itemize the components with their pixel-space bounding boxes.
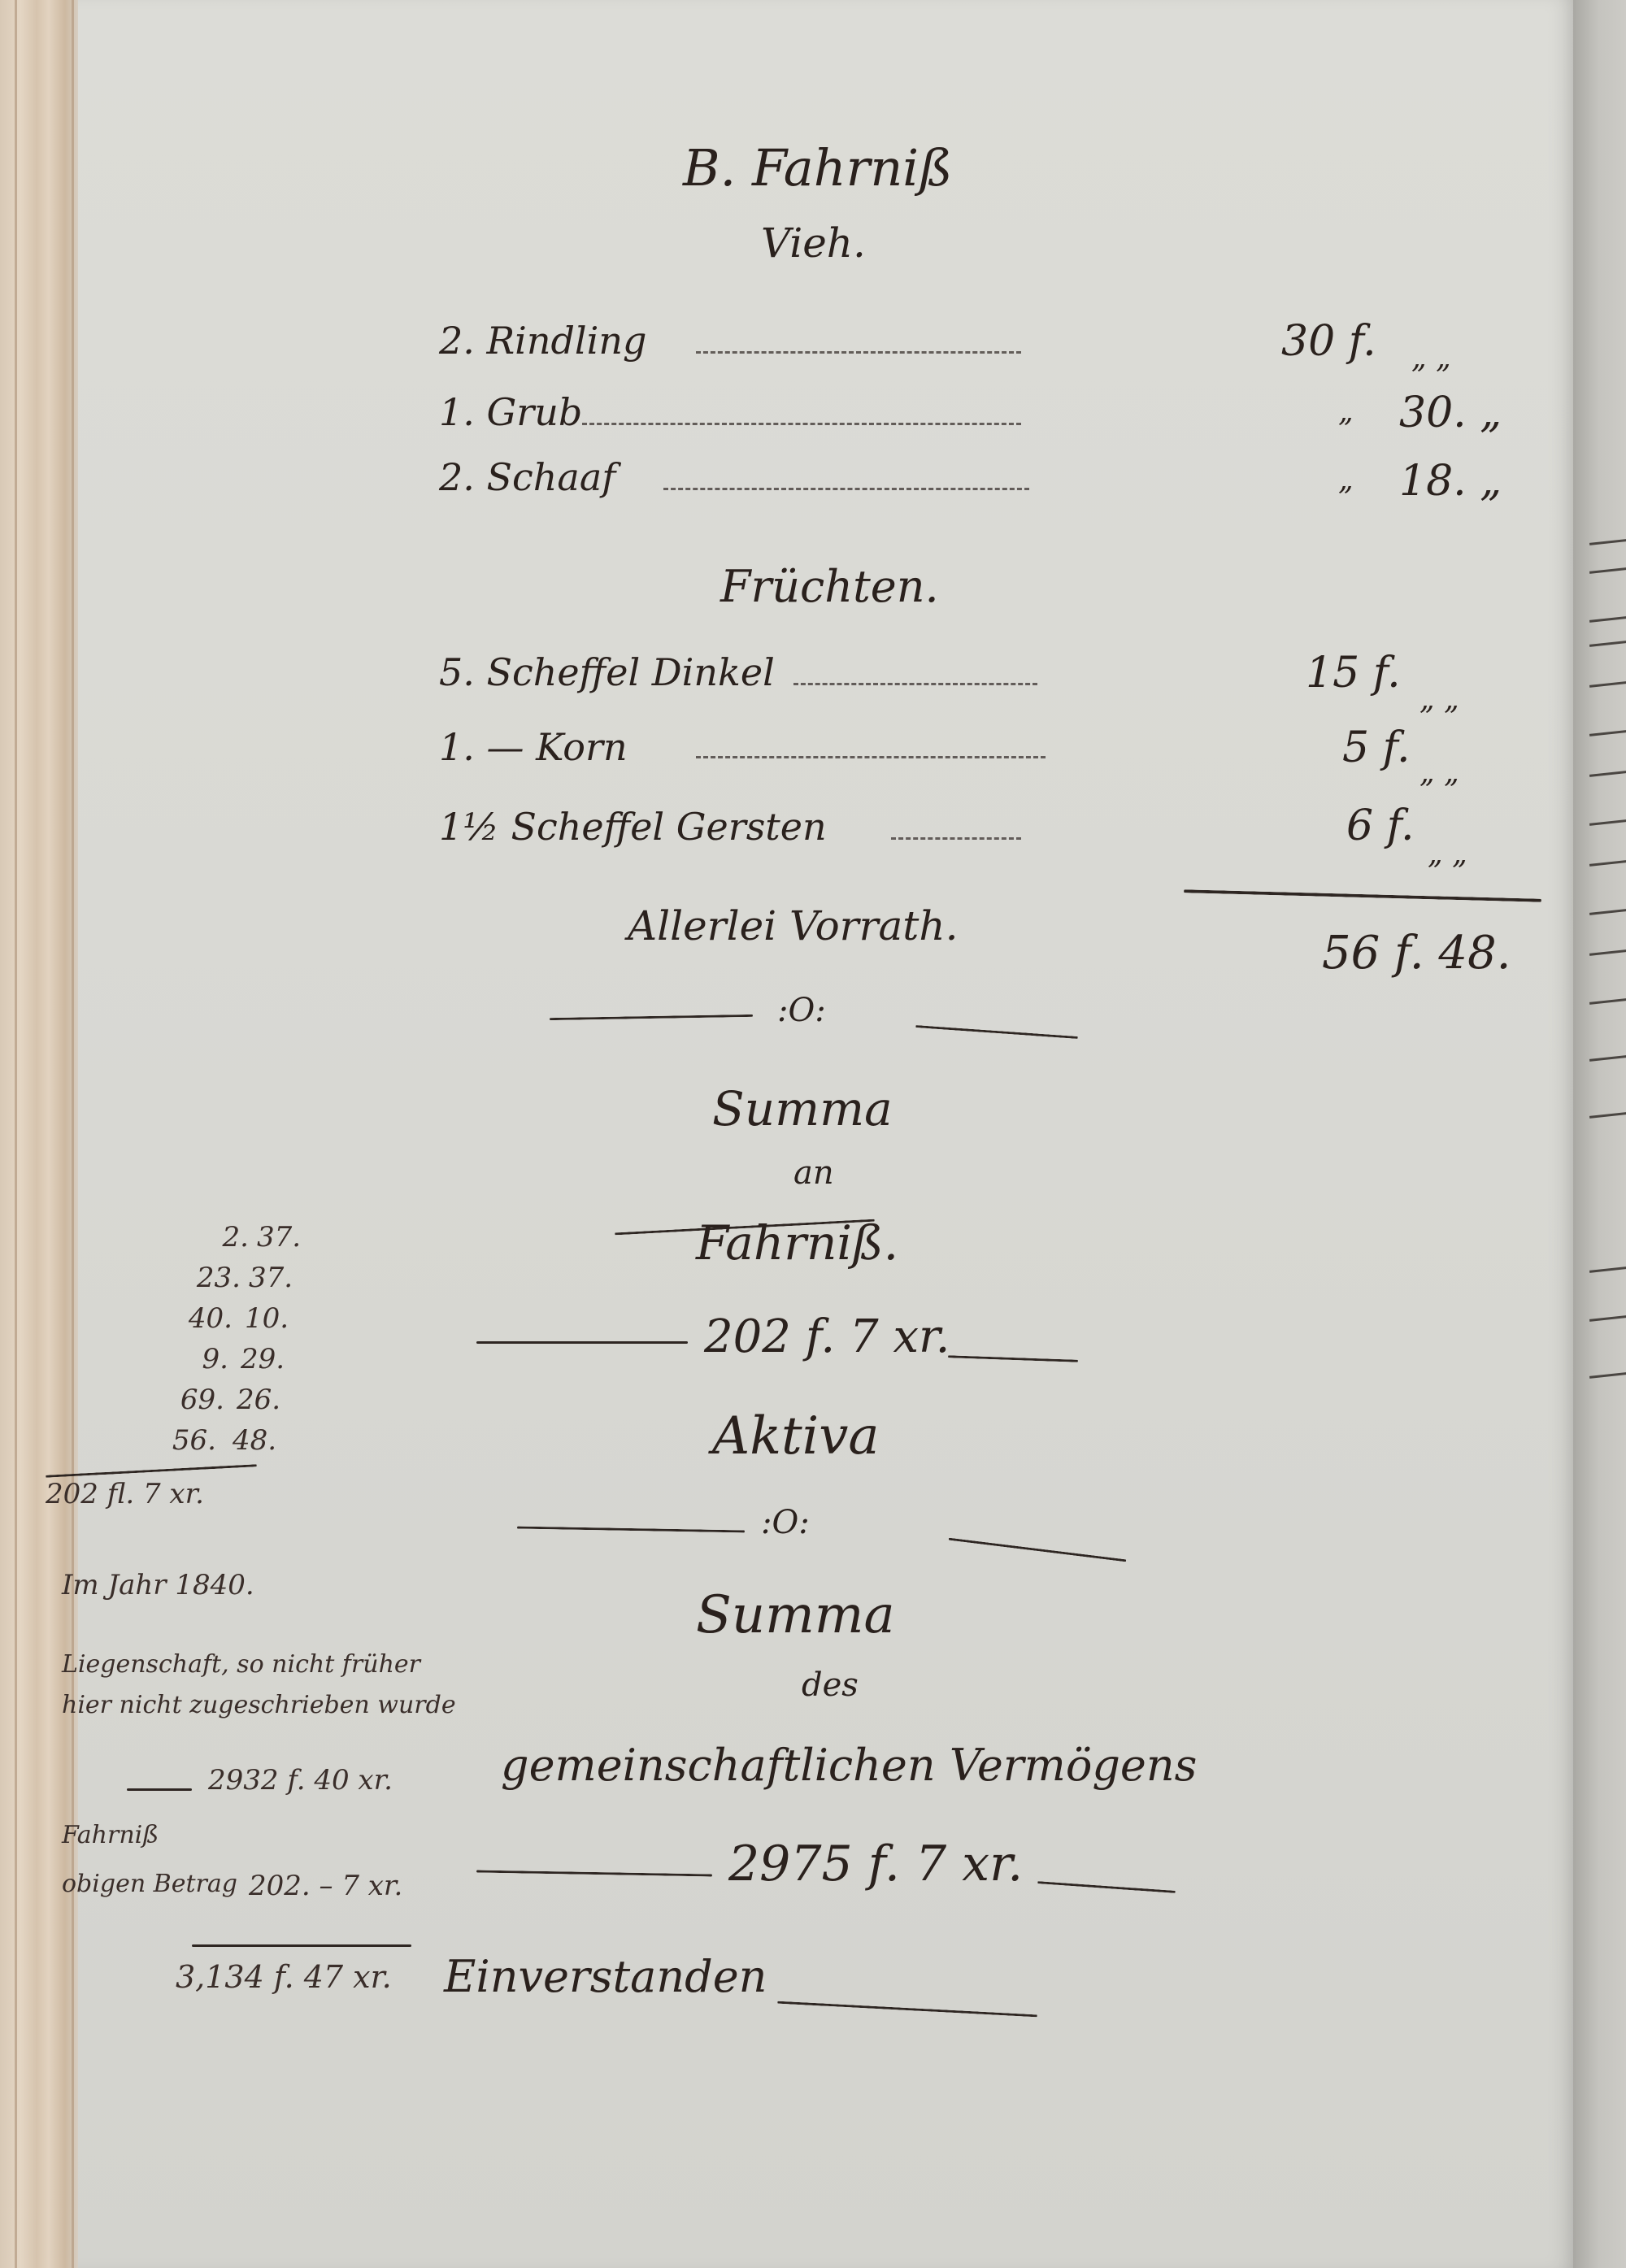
calc-kreuzer: 37. [249, 1262, 293, 1294]
item-kreuzer: „ „ [1428, 837, 1467, 871]
calc-sum-rule [46, 1464, 257, 1478]
note-line: Im Jahr 1840. [62, 1569, 254, 1601]
calc-gulden: 9. [131, 1343, 228, 1375]
summa-label: Summa [696, 1585, 895, 1645]
dotted-leader [793, 683, 1037, 685]
ornament-mark: :O: [777, 992, 826, 1029]
section-title: B. Fahrniß [683, 138, 953, 198]
item-label: 1. — Korn [439, 725, 628, 769]
facing-handwriting [1589, 1314, 1626, 1322]
ornament-rule-left [517, 1527, 745, 1533]
facing-handwriting [1589, 640, 1626, 647]
facing-handwriting [1589, 859, 1626, 867]
facing-handwriting [1589, 997, 1626, 1005]
calc-kreuzer: 48. [233, 1424, 276, 1457]
facing-handwriting [1589, 819, 1626, 826]
item-kreuzer: 18. „ [1399, 457, 1502, 506]
facing-handwriting [1589, 615, 1626, 623]
subtotal-rule [1184, 889, 1541, 902]
note-sum-rule [192, 1944, 411, 1947]
dotted-leader [663, 488, 1029, 490]
facing-handwriting [1589, 1054, 1626, 1062]
facing-handwriting [1589, 538, 1626, 545]
calc-gulden: 40. [135, 1302, 233, 1335]
calc-gulden: 2. [151, 1221, 249, 1253]
calc-total: 202 fl. 7 xr. [46, 1478, 204, 1510]
item-label: 1½ Scheffel Gersten [439, 805, 827, 849]
item-gulden: 15 f. [1306, 649, 1401, 697]
dotted-leader [696, 756, 1046, 758]
note-line: Fahrniß [62, 1821, 159, 1849]
item-label: 5. Scheffel Dinkel [439, 650, 775, 694]
note-total: 3,134 f. 47 xr. [176, 1959, 392, 1995]
calc-gulden: 69. [127, 1384, 224, 1416]
dotted-leader [582, 423, 1021, 425]
note-line: obigen Betrag [62, 1870, 237, 1898]
facing-handwriting [1589, 908, 1626, 915]
item-gulden: „ [1338, 463, 1354, 497]
flourish-rule [777, 2001, 1037, 2018]
livestock-heading: Vieh. [761, 219, 866, 267]
calc-kreuzer: 10. [245, 1302, 289, 1335]
calc-kreuzer: 37. [257, 1221, 301, 1253]
ornament-rule-right [915, 1025, 1078, 1039]
item-gulden: 30 f. [1281, 317, 1376, 366]
summa-preposition: an [793, 1154, 834, 1192]
note-line: Liegenschaft, so nicht früher [62, 1650, 420, 1679]
fahrnis-total-value: 202 f. 7 xr. [704, 1310, 950, 1363]
item-label: 1. Grub [439, 390, 582, 434]
total-rule-right [1037, 1881, 1176, 1893]
aktiva-heading: Aktiva [712, 1406, 880, 1466]
item-kreuzer: 30. „ [1399, 389, 1502, 437]
item-gulden: 5 f. [1342, 723, 1411, 772]
summa-label: Summa [712, 1081, 893, 1136]
ornament-rule-right [949, 1538, 1127, 1562]
total-rule-right [948, 1355, 1078, 1362]
note-dash [127, 1788, 192, 1791]
item-kreuzer: „ „ [1419, 683, 1459, 716]
approval-word: Einverstanden [444, 1951, 767, 2002]
ornament-mark: :O: [761, 1504, 810, 1541]
calc-kreuzer: 26. [237, 1384, 280, 1416]
ledger-page: B. Fahrniß Vieh. 2. Rindling 30 f. „ „ 1… [78, 0, 1574, 2268]
estate-total-value: 2975 f. 7 xr. [728, 1836, 1023, 1892]
note-value: 2932 f. 40 xr. [208, 1764, 393, 1797]
summa-subject: gemeinschaftlichen Vermögens [501, 1740, 1197, 1791]
summa-preposition: des [802, 1666, 859, 1704]
facing-handwriting [1589, 729, 1626, 736]
item-kreuzer: „ „ [1411, 341, 1451, 375]
book-binding-edge [0, 0, 81, 2268]
item-label: 2. Rindling [439, 319, 646, 363]
note-line: hier nicht zugeschrieben wurde [62, 1691, 456, 1719]
produce-heading: Früchten. [720, 561, 939, 612]
note-value: 202. – 7 xr. [249, 1870, 402, 1902]
calc-gulden: 23. [143, 1262, 241, 1294]
item-kreuzer: „ „ [1419, 756, 1459, 789]
item-gulden: 6 f. [1346, 802, 1415, 850]
calc-gulden: 56. [119, 1424, 216, 1457]
ornament-rule-left [550, 1015, 753, 1020]
misc-value: 56 f. 48. [1322, 927, 1511, 980]
calc-kreuzer: 29. [241, 1343, 285, 1375]
dotted-leader [696, 351, 1021, 354]
facing-handwriting [1589, 770, 1626, 777]
dotted-leader [891, 837, 1021, 840]
facing-page-edge [1573, 0, 1626, 2268]
summa-subject: Fahrniß. [696, 1215, 898, 1271]
facing-handwriting [1589, 949, 1626, 956]
facing-handwriting [1589, 1371, 1626, 1379]
total-rule-left [476, 1341, 688, 1344]
item-gulden: „ [1338, 395, 1354, 428]
facing-handwriting [1589, 567, 1626, 574]
facing-handwriting [1589, 680, 1626, 688]
item-label: 2. Schaaf [439, 455, 615, 499]
facing-handwriting [1589, 1266, 1626, 1273]
misc-label: Allerlei Vorrath. [628, 902, 958, 949]
facing-handwriting [1589, 1111, 1626, 1119]
total-rule-left [476, 1870, 712, 1876]
